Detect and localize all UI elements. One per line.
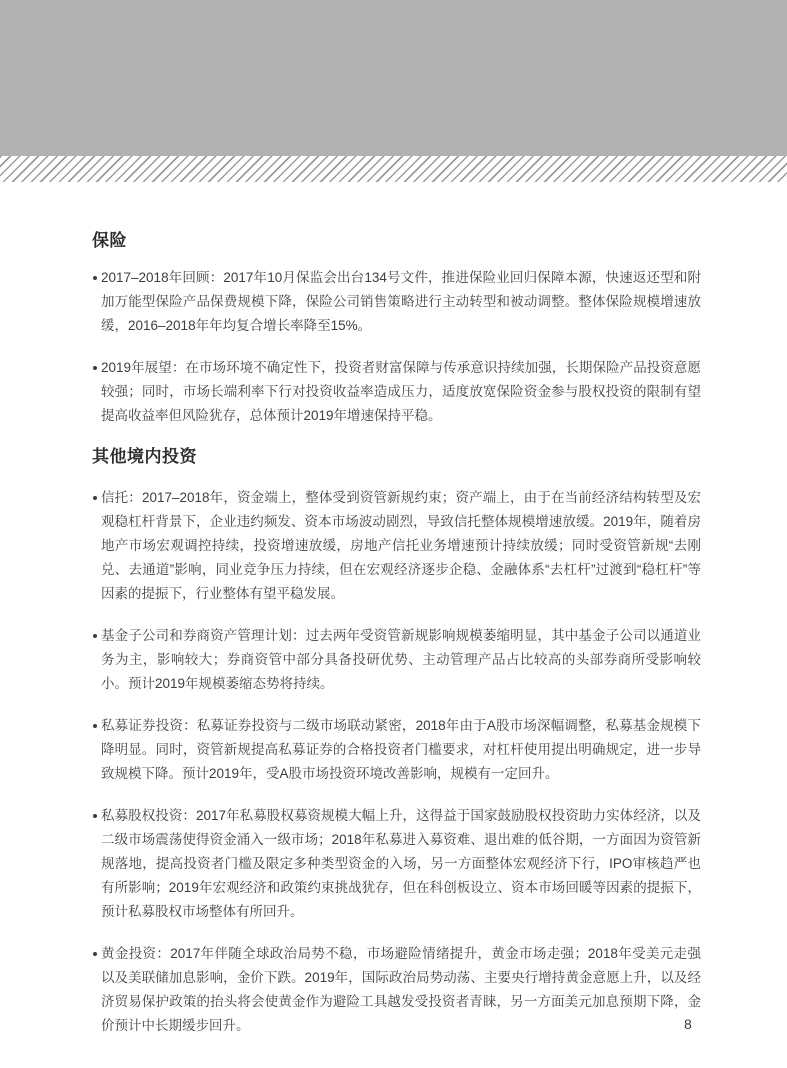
section-heading-other-domestic-investments: 其他境内投资 [92, 446, 702, 468]
other-investments-bullet-list: 信托：2017–2018年，资金端上，整体受到资管新规约束；资产端上，由于在当前… [92, 486, 701, 1038]
page-number: 8 [684, 1016, 692, 1032]
bullet-item-private-equity-investment: 私募股权投资：2017年私募股权募资规模大幅上升，这得益于国家鼓励股权投资助力实… [92, 804, 701, 924]
page-content: 保险 2017–2018年回顾：2017年10月保监会出台134号文件，推进保险… [92, 182, 702, 1038]
bullet-item-private-securities-investment: 私募证券投资：私募证券投资与二级市场联动紧密，2018年由于A股市场深幅调整，私… [92, 714, 701, 786]
bullet-item-gold-investment: 黄金投资：2017年伴随全球政治局势不稳，市场避险情绪提升，黄金市场走强；201… [92, 942, 701, 1038]
insurance-bullet-list: 2017–2018年回顾：2017年10月保监会出台134号文件，推进保险业回归… [92, 266, 701, 428]
header-banner-image [0, 0, 787, 156]
bullet-item-fund-subsidiary-broker-asset-management: 基金子公司和券商资产管理计划：过去两年受资管新规影响规模萎缩明显，其中基金子公司… [92, 624, 701, 696]
section-heading-insurance: 保险 [92, 230, 702, 252]
diagonal-stripe-divider [0, 156, 787, 182]
bullet-item-insurance-outlook: 2019年展望：在市场环境不确定性下，投资者财富保障与传承意识持续加强，长期保险… [92, 356, 701, 428]
document-page: 保险 2017–2018年回顾：2017年10月保监会出台134号文件，推进保险… [0, 0, 787, 1068]
bullet-item-insurance-review: 2017–2018年回顾：2017年10月保监会出台134号文件，推进保险业回归… [92, 266, 701, 338]
bullet-item-trust: 信托：2017–2018年，资金端上，整体受到资管新规约束；资产端上，由于在当前… [92, 486, 701, 606]
